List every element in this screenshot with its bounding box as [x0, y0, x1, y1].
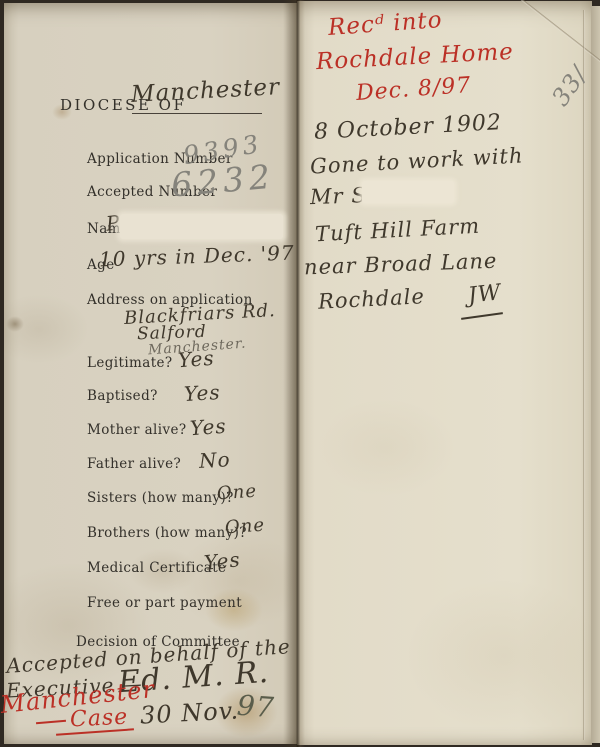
sisters-value: One: [216, 481, 257, 505]
vertical-crease: [583, 10, 585, 740]
clerk-paraph: JW: [467, 280, 503, 308]
scanned-register-spread: DIOCESE OF Manchester Application Number…: [0, 0, 600, 747]
diocese-underline: [132, 113, 262, 114]
brothers-value: One: [224, 515, 265, 539]
medical-certificate-value: Yes: [203, 547, 242, 575]
decision-date: 30 Nov.: [139, 696, 239, 729]
left-page-application-form: [4, 3, 297, 744]
mother-alive-value: Yes: [189, 414, 227, 440]
page-edge-sliver: [591, 6, 600, 743]
father-alive-label: Father alive?: [87, 456, 181, 472]
legitimate-label: Legitimate?: [87, 355, 173, 371]
brothers-label: Brothers (how many)?: [87, 525, 247, 541]
legitimate-value: Yes: [177, 346, 215, 372]
name-redaction-box: [120, 214, 283, 239]
baptised-label: Baptised?: [87, 388, 158, 404]
decision-date-year: 97: [236, 689, 276, 725]
stain: [6, 316, 24, 332]
payment-label: Free or part payment: [87, 595, 242, 611]
baptised-value: Yes: [183, 380, 221, 406]
mother-alive-label: Mother alive?: [87, 422, 187, 438]
sisters-label: Sisters (how many)?: [87, 490, 234, 506]
father-alive-value: No: [198, 447, 231, 473]
employer-name-redaction-box: [362, 181, 454, 203]
